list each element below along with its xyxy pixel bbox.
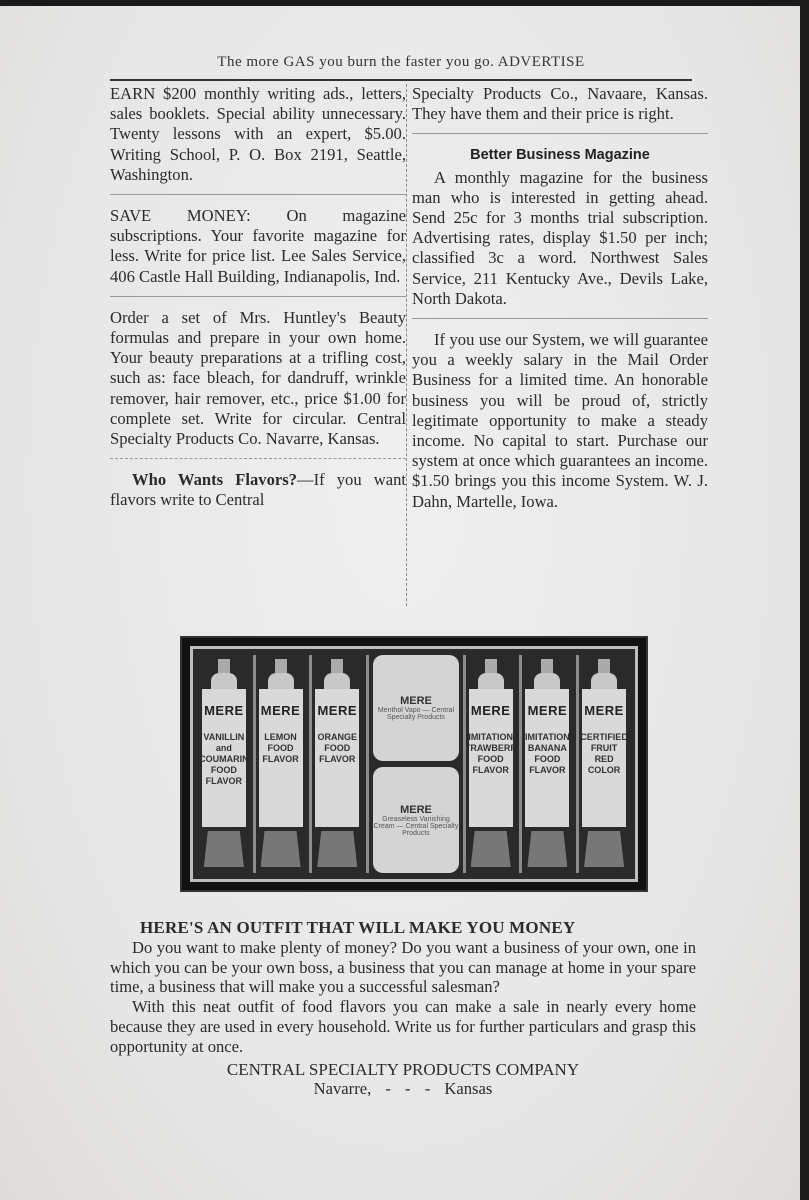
jar-brand: MERE	[400, 804, 432, 816]
right-column: Specialty Products Co., Navaare, Kansas.…	[412, 84, 708, 512]
ad-headline: HERE'S AN OUTFIT THAT WILL MAKE YOU MONE…	[140, 918, 696, 938]
tube-brand: MERE	[584, 703, 624, 718]
tube-brand: MERE	[261, 703, 301, 718]
ad-flavors-continued: Specialty Products Co., Navaare, Kansas.…	[412, 84, 708, 124]
jar-label: Menthol Vapo — Central Specialty Product…	[373, 707, 459, 721]
ad-lead: Who Wants Flavors?	[132, 470, 297, 489]
tube-brand: MERE	[204, 703, 244, 718]
running-header: The more GAS you burn the faster you go.…	[110, 54, 692, 71]
flavor-tube: MERE IMITATION STRAWBERRY FOOD FLAVOR	[463, 655, 516, 873]
left-column: EARN $200 monthly writing ads., letters,…	[110, 84, 406, 511]
cream-jars: MERE Menthol Vapo — Central Specialty Pr…	[366, 655, 459, 873]
product-photo: MERE VANILLIN and COUMARIN FOOD FLAVOR M…	[180, 636, 648, 892]
tube-label: IMITATION BANANA FOOD FLAVOR	[525, 732, 569, 776]
magazine-page: The more GAS you burn the faster you go.…	[0, 6, 800, 1200]
ad-divider	[110, 296, 406, 297]
ad-beauty-formulas: Order a set of Mrs. Huntley's Beauty for…	[110, 308, 406, 449]
ad-text: Specialty Products Co., Navaare, Kansas.…	[412, 84, 708, 124]
ad-text: If you use our System, we will guarantee…	[412, 330, 708, 512]
jar-label: Greaseless Vanishing Cream — Central Spe…	[373, 816, 459, 837]
company-location: Navarre, - - - Kansas	[110, 1079, 696, 1099]
ad-divider	[110, 194, 406, 195]
ad-paragraph: With this neat outfit of food flavors yo…	[110, 997, 696, 1056]
ad-text: A monthly magazine for the business man …	[412, 168, 708, 309]
tube-brand: MERE	[528, 703, 568, 718]
tube-label: IMITATION STRAWBERRY FOOD FLAVOR	[469, 732, 513, 776]
ad-divider	[412, 133, 708, 134]
ad-divider	[412, 318, 708, 319]
ad-writing-school: EARN $200 monthly writing ads., letters,…	[110, 84, 406, 185]
header-rule	[110, 79, 692, 81]
jar-brand: MERE	[400, 695, 432, 707]
flavor-tube: MERE ORANGE FOOD FLAVOR	[309, 655, 362, 873]
ad-text: Order a set of Mrs. Huntley's Beauty for…	[110, 308, 406, 449]
tube-label: CERTIFIED FRUIT RED COLOR	[582, 732, 626, 776]
flavor-tube: MERE CERTIFIED FRUIT RED COLOR	[576, 655, 629, 873]
flavor-tube: MERE VANILLIN and COUMARIN FOOD FLAVOR	[199, 655, 249, 873]
outfit-ad: HERE'S AN OUTFIT THAT WILL MAKE YOU MONE…	[110, 918, 696, 1099]
ad-text: EARN $200 monthly writing ads., letters,…	[110, 84, 406, 185]
jar: MERE Menthol Vapo — Central Specialty Pr…	[373, 655, 459, 761]
jar: MERE Greaseless Vanishing Cream — Centra…	[373, 767, 459, 873]
ad-text: SAVE MONEY: On magazine subscriptions. Y…	[110, 206, 406, 287]
ad-flavors: Who Wants Flavors?—If you want flavors w…	[110, 470, 406, 510]
ad-mail-order-system: If you use our System, we will guarantee…	[412, 330, 708, 512]
ad-better-business-magazine: Better Business Magazine A monthly magaz…	[412, 145, 708, 309]
tube-brand: MERE	[317, 703, 357, 718]
product-display-case: MERE VANILLIN and COUMARIN FOOD FLAVOR M…	[190, 646, 638, 882]
column-divider	[406, 84, 407, 606]
company-name: CENTRAL SPECIALTY PRODUCTS COMPANY	[110, 1060, 696, 1080]
tube-label: VANILLIN and COUMARIN FOOD FLAVOR	[202, 732, 246, 787]
tube-label: ORANGE FOOD FLAVOR	[315, 732, 359, 765]
flavor-tube: MERE IMITATION BANANA FOOD FLAVOR	[519, 655, 572, 873]
ad-save-money: SAVE MONEY: On magazine subscriptions. Y…	[110, 206, 406, 287]
ad-divider	[110, 458, 406, 459]
flavor-tube: MERE LEMON FOOD FLAVOR	[253, 655, 306, 873]
ad-title: Better Business Magazine	[412, 145, 708, 165]
ad-paragraph: Do you want to make plenty of money? Do …	[110, 938, 696, 997]
tube-brand: MERE	[471, 703, 511, 718]
tube-label: LEMON FOOD FLAVOR	[259, 732, 303, 765]
